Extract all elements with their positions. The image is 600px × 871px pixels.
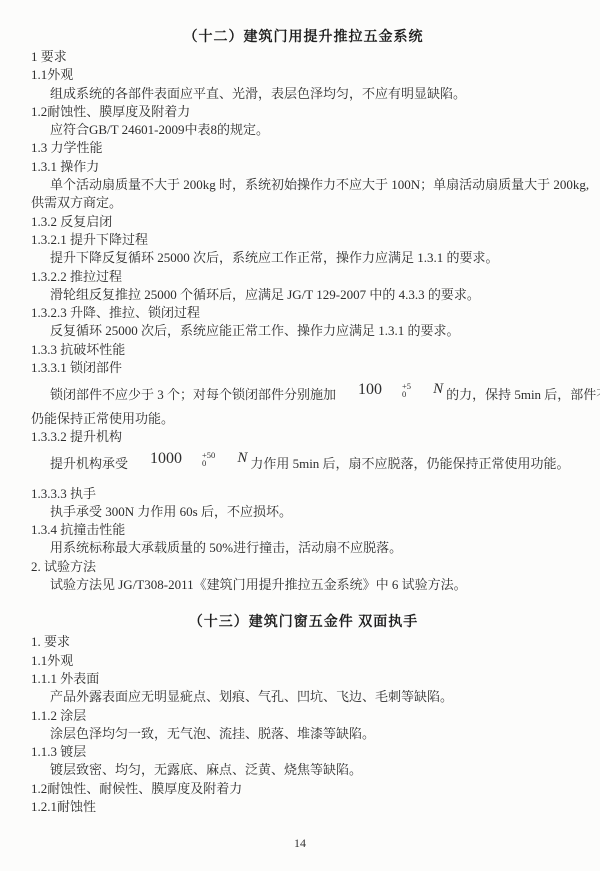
clause-heading: 1.3.3.1 锁闭部件 (31, 359, 576, 377)
clause-heading: 1.1外观 (31, 652, 576, 670)
section-title-12: （十二）建筑门用提升推拉五金系统 (31, 28, 576, 48)
formula-tolerance-stack: +500 (183, 451, 215, 467)
clause-heading: 2. 试验方法 (31, 558, 576, 576)
clause-heading: 1.2.1耐蚀性 (31, 798, 576, 816)
clause-paragraph: 应符合GB/T 24601-2009中表8的规定。 (31, 121, 576, 139)
formula-unit: N (218, 451, 247, 466)
clause-heading: 1.1.3 镀层 (31, 743, 576, 761)
clause-paragraph: 用系统标称最大承载质量的 50%进行撞击，活动扇不应脱落。 (31, 539, 576, 557)
document-page: （十二）建筑门用提升推拉五金系统 1 要求 1.1外观 组成系统的各部件表面应平… (0, 0, 600, 871)
clause-paragraph-with-formula: 锁闭部件不应少于 3 个；对每个锁闭部件分别施加100+50N的力，保持 5mi… (31, 377, 576, 409)
clause-paragraph: 执手承受 300N 力作用 60s 后，不应损坏。 (31, 503, 576, 521)
formula-post-text: 力作用 5min 后，扇不应脱落，仍能保持正常使用功能。 (250, 456, 569, 471)
formula-pre-text: 锁闭部件不应少于 3 个；对每个锁闭部件分别施加 (50, 387, 336, 402)
clause-paragraph: 提升下降反复循环 25000 次后，系统应工作正常，操作力应满足 1.3.1 的… (31, 249, 576, 267)
clause-heading: 1.3.2.1 提升下降过程 (31, 231, 576, 249)
force-tolerance-formula: 100+50N (339, 382, 443, 398)
force-tolerance-formula: 1000+500N (131, 451, 247, 467)
clause-continuation: 仍能保持正常使用功能。 (31, 410, 576, 428)
formula-pre-text: 提升机构承受 (50, 456, 128, 471)
clause-paragraph: 单个活动扇质量不大于 200kg 时，系统初始操作力不应大于 100N；单扇活动… (31, 176, 576, 194)
formula-upper-tolerance: +50 (183, 451, 215, 459)
clause-heading: 1 要求 (31, 48, 576, 66)
clause-paragraph: 试验方法见 JG/T308-2011《建筑门用提升推拉五金系统》中 6 试验方法… (31, 576, 576, 594)
clause-paragraph: 反复循环 25000 次后，系统应能正常工作、操作力应满足 1.3.1 的要求。 (31, 322, 576, 340)
clause-paragraph: 组成系统的各部件表面应平直、光滑，表层色泽均匀，不应有明显缺陷。 (31, 85, 576, 103)
clause-paragraph-with-formula: 提升机构承受1000+500N力作用 5min 后，扇不应脱落，仍能保持正常使用… (31, 446, 576, 484)
clause-paragraph: 镀层致密、均匀，无露底、麻点、泛黄、烧焦等缺陷。 (31, 761, 576, 779)
clause-paragraph: 涂层色泽均匀一致，无气泡、流挂、脱落、堆漆等缺陷。 (31, 725, 576, 743)
section-title-13: （十三）建筑门窗五金件 双面执手 (31, 613, 576, 633)
formula-base-value: 1000 (131, 451, 182, 466)
formula-base-value: 100 (339, 382, 382, 397)
clause-heading: 1.2耐蚀性、膜厚度及附着力 (31, 103, 576, 121)
clause-paragraph: 滑轮组反复推拉 25000 个循环后，应满足 JG/T 129-2007 中的 … (31, 286, 576, 304)
clause-heading: 1.3.2.3 升降、推拉、锁闭过程 (31, 304, 576, 322)
formula-post-text: 的力，保持 5min 后，部件不应损坏， (446, 387, 600, 402)
clause-heading: 1.3.3.3 执手 (31, 485, 576, 503)
clause-heading: 1.1外观 (31, 66, 576, 84)
clause-heading: 1.3.3 抗破坏性能 (31, 341, 576, 359)
clause-heading: 1.1.2 涂层 (31, 707, 576, 725)
clause-heading: 1.3.2 反复启闭 (31, 213, 576, 231)
clause-heading: 1.3 力学性能 (31, 139, 576, 157)
clause-continuation: 供需双方商定。 (31, 194, 576, 212)
clause-heading: 1.3.4 抗撞击性能 (31, 521, 576, 539)
clause-heading: 1.3.2.2 推拉过程 (31, 268, 576, 286)
clause-heading: 1.3.3.2 提升机构 (31, 428, 576, 446)
formula-unit: N (414, 382, 443, 397)
clause-heading: 1. 要求 (31, 633, 576, 651)
clause-heading: 1.3.1 操作力 (31, 158, 576, 176)
formula-lower-tolerance: 0 (383, 390, 411, 398)
page-number: 14 (0, 836, 600, 851)
clause-heading: 1.2耐蚀性、耐候性、膜厚度及附着力 (31, 780, 576, 798)
formula-tolerance-stack: +50 (383, 382, 411, 398)
clause-heading: 1.1.1 外表面 (31, 670, 576, 688)
formula-upper-tolerance: +5 (383, 382, 411, 390)
formula-lower-tolerance: 0 (183, 459, 215, 467)
page-content: （十二）建筑门用提升推拉五金系统 1 要求 1.1外观 组成系统的各部件表面应平… (31, 28, 576, 816)
clause-paragraph: 产品外露表面应无明显疵点、划痕、气孔、凹坑、飞边、毛刺等缺陷。 (31, 688, 576, 706)
